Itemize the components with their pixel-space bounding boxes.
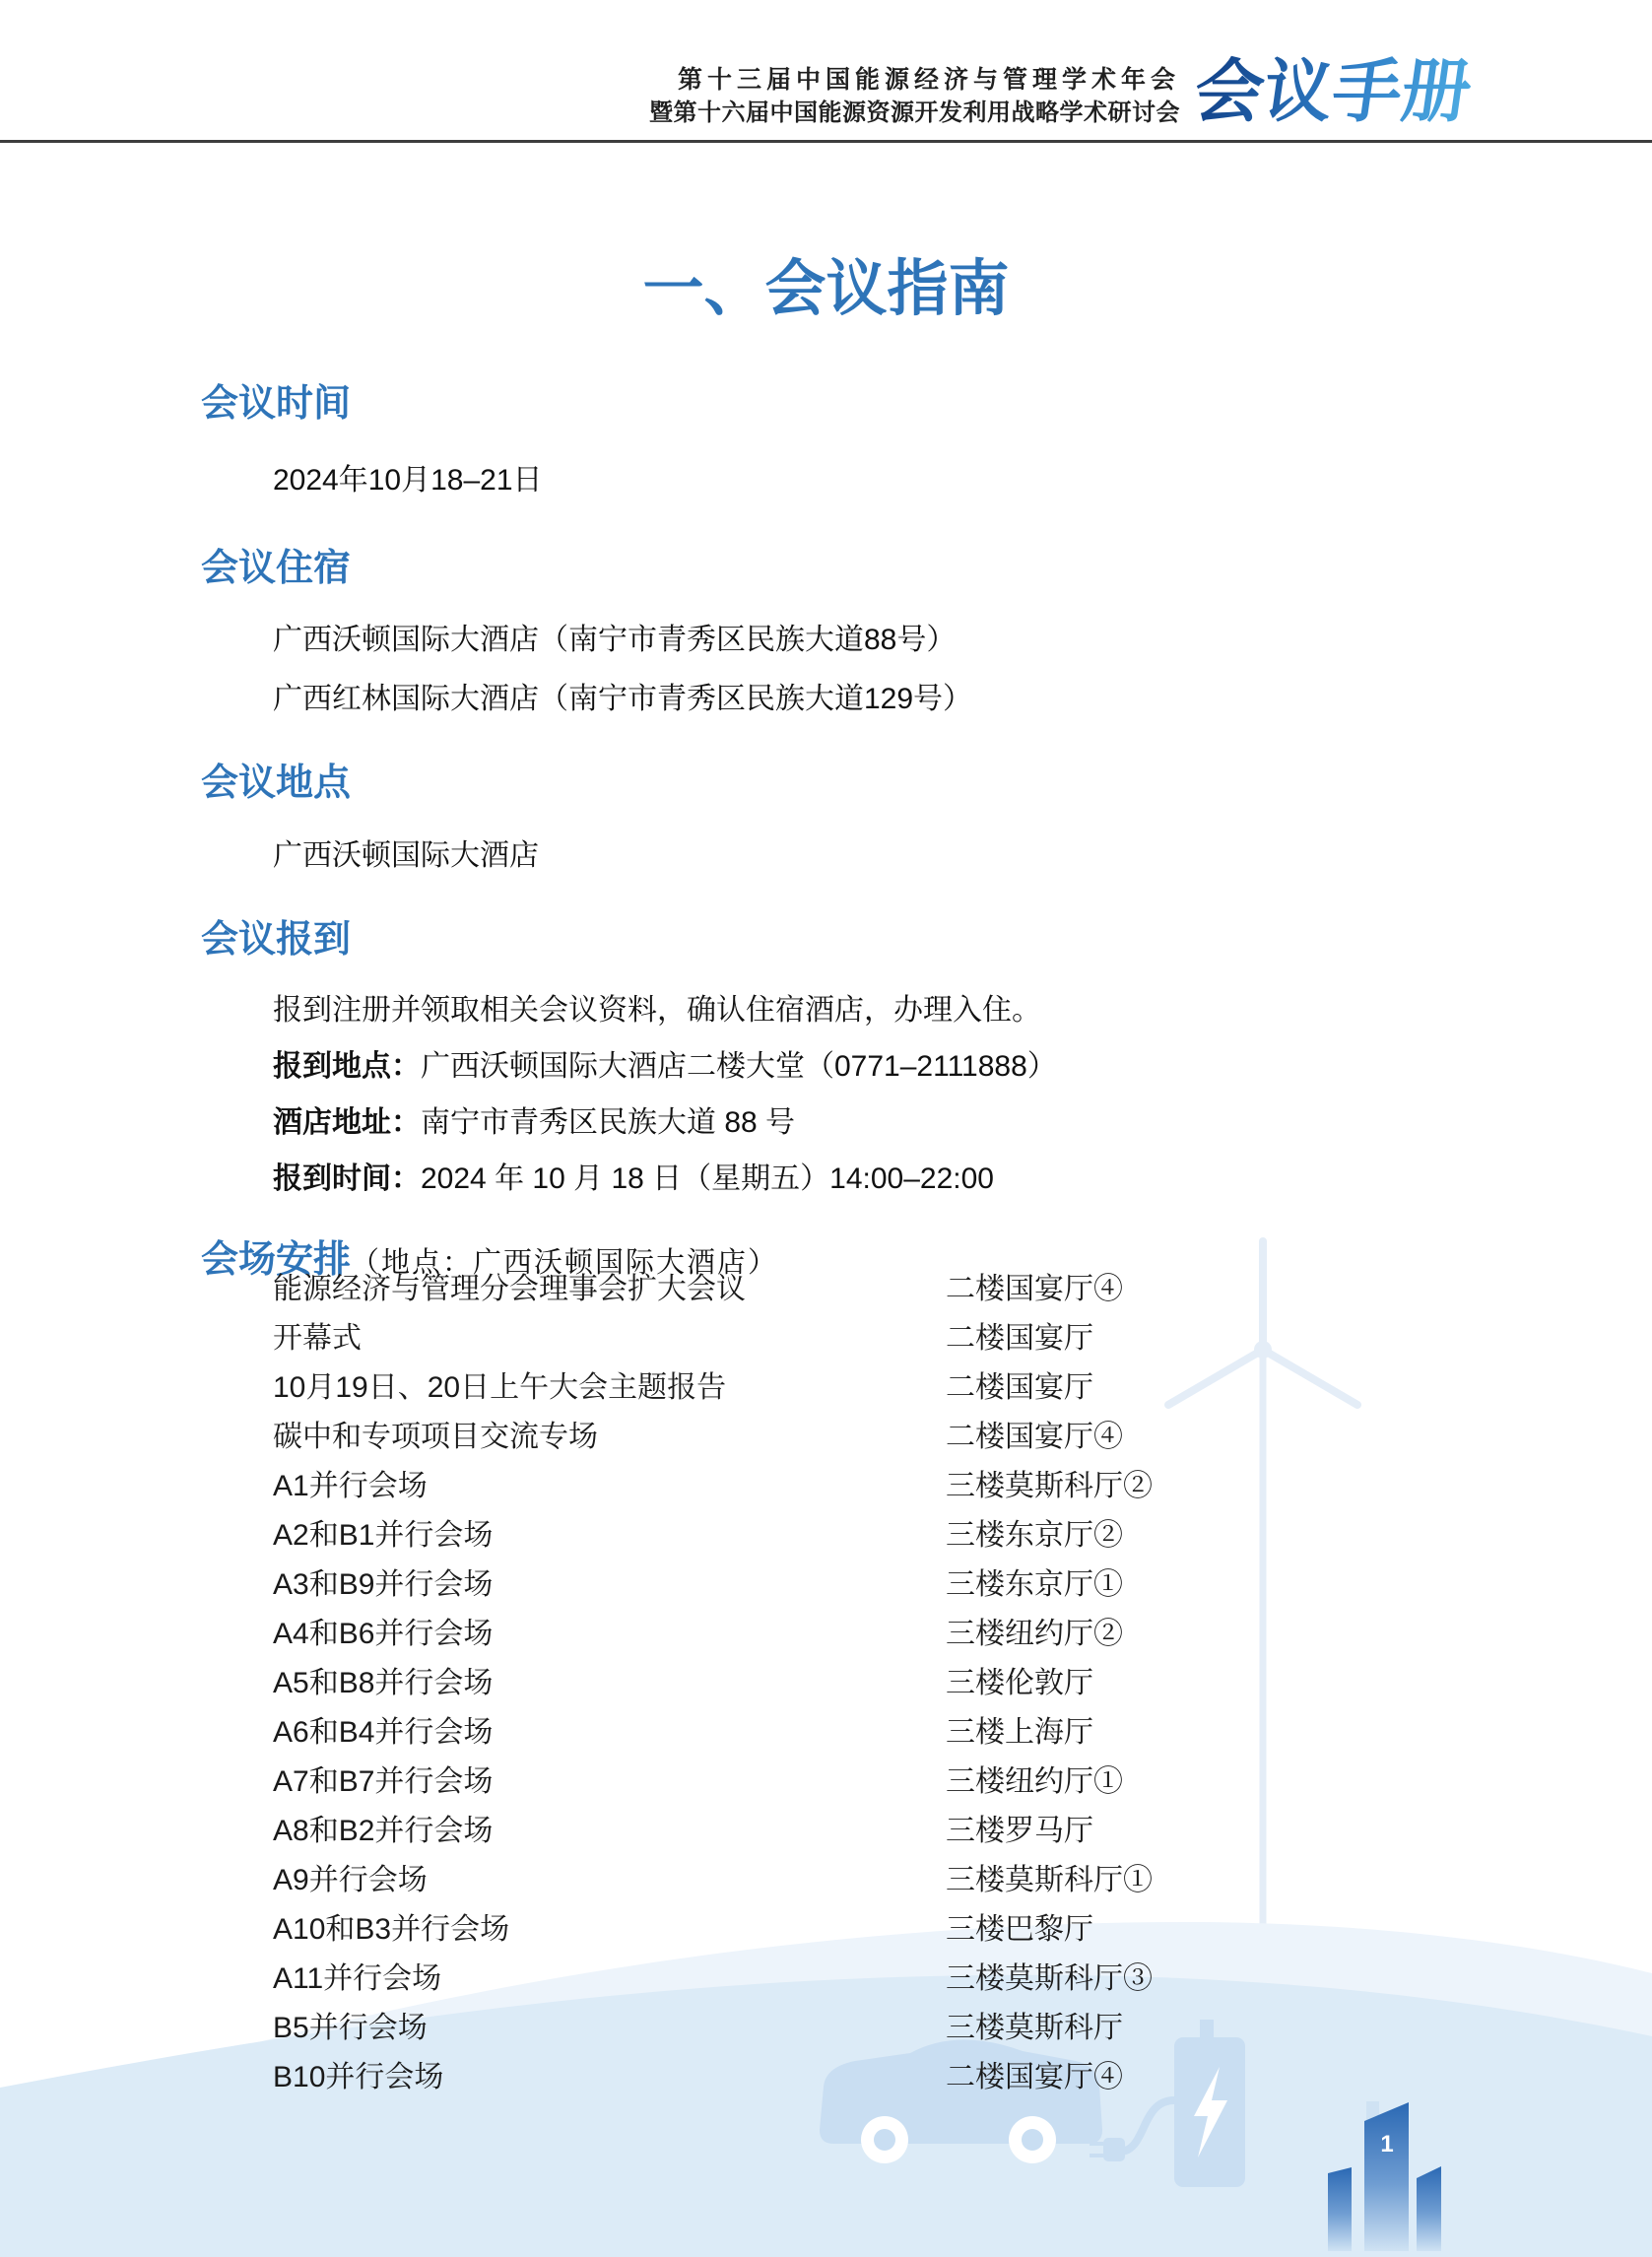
registration-intro: 报到注册并领取相关会议资料，确认住宿酒店，办理入住。 — [273, 985, 1041, 1029]
venue-event: A8和B2并行会场 — [273, 1806, 493, 1849]
venue-row: A7和B7并行会场 三楼纽约厅① — [273, 1757, 1396, 1806]
venue-row: 10月19日、20日上午大会主题报告 二楼国宴厅 — [273, 1362, 1396, 1412]
venue-event: A9并行会场 — [273, 1855, 428, 1898]
venue-room: 二楼国宴厅④ — [946, 1264, 1123, 1307]
page-number: 1 — [1367, 2131, 1407, 2158]
charging-cable — [1121, 2100, 1174, 2152]
venue-room: 三楼莫斯科厅① — [946, 1855, 1153, 1898]
conference-title-line1: 第十三届中国能源经济与管理学术年会 — [649, 63, 1180, 97]
venue-room: 三楼罗马厅 — [946, 1806, 1093, 1849]
hotel-address-label: 酒店地址： — [273, 1106, 421, 1139]
venue-value: 广西沃顿国际大酒店 — [273, 830, 539, 874]
meeting-time-value: 2024年10月18–21日 — [273, 455, 543, 498]
conference-title-block: 第十三届中国能源经济与管理学术年会 暨第十六届中国能源资源开发利用战略学术研讨会 — [649, 63, 1180, 130]
page-title: 一、会议指南 — [0, 239, 1652, 327]
venue-row: A10和B3并行会场 三楼巴黎厅 — [273, 1904, 1396, 1954]
venue-row: A2和B1并行会场 三楼东京厅② — [273, 1510, 1396, 1560]
venue-row: A6和B4并行会场 三楼上海厅 — [273, 1707, 1396, 1757]
venue-room: 二楼国宴厅④ — [946, 2052, 1123, 2095]
venue-event: A3和B9并行会场 — [273, 1560, 493, 1603]
venue-event: A2和B1并行会场 — [273, 1510, 493, 1554]
registration-place-value: 广西沃顿国际大酒店二楼大堂（0771–2111888） — [421, 1050, 1057, 1083]
venue-list: 能源经济与管理分会理事会扩大会议 二楼国宴厅④ 开幕式 二楼国宴厅 10月19日… — [273, 1264, 1396, 2101]
venue-room: 三楼伦敦厅 — [946, 1658, 1093, 1701]
venue-room: 二楼国宴厅 — [946, 1313, 1093, 1357]
section-heading-venue: 会议地点 — [201, 752, 351, 806]
venue-room: 三楼纽约厅① — [946, 1757, 1123, 1800]
venue-room: 二楼国宴厅 — [946, 1362, 1093, 1406]
venue-row: 能源经济与管理分会理事会扩大会议 二楼国宴厅④ — [273, 1264, 1396, 1313]
venue-row: A11并行会场 三楼莫斯科厅③ — [273, 1954, 1396, 2003]
hotel-line-1: 广西沃顿国际大酒店（南宁市青秀区民族大道88号） — [273, 615, 956, 658]
venue-event: A10和B3并行会场 — [273, 1904, 509, 1948]
hotel-address-line: 酒店地址：南宁市青秀区民族大道 88 号 — [273, 1097, 795, 1141]
venue-event: A7和B7并行会场 — [273, 1757, 493, 1800]
venue-room: 三楼东京厅① — [946, 1560, 1123, 1603]
venue-event: 10月19日、20日上午大会主题报告 — [273, 1362, 726, 1406]
registration-place-line: 报到地点：广西沃顿国际大酒店二楼大堂（0771–2111888） — [273, 1041, 1057, 1085]
venue-row: A9并行会场 三楼莫斯科厅① — [273, 1855, 1396, 1904]
venue-row: A8和B2并行会场 三楼罗马厅 — [273, 1806, 1396, 1855]
venue-room: 三楼纽约厅② — [946, 1609, 1123, 1652]
venue-event: 开幕式 — [273, 1313, 362, 1357]
venue-room: 三楼莫斯科厅③ — [946, 1954, 1153, 1997]
venue-event: A6和B4并行会场 — [273, 1707, 493, 1751]
venue-row: A4和B6并行会场 三楼纽约厅② — [273, 1609, 1396, 1658]
registration-place-label: 报到地点： — [273, 1050, 421, 1083]
building-bars-illustration — [1310, 2089, 1468, 2257]
venue-row: A1并行会场 三楼莫斯科厅② — [273, 1461, 1396, 1510]
venue-event: A11并行会场 — [273, 1954, 441, 1997]
registration-time-label: 报到时间： — [273, 1162, 421, 1195]
handbook-logo: 会议手册 — [1189, 51, 1477, 132]
venue-event: A4和B6并行会场 — [273, 1609, 493, 1652]
venue-room: 三楼莫斯科厅 — [946, 2003, 1123, 2046]
venue-row: B10并行会场 二楼国宴厅④ — [273, 2052, 1396, 2101]
venue-room: 三楼莫斯科厅② — [946, 1461, 1153, 1504]
hotel-address-value: 南宁市青秀区民族大道 88 号 — [421, 1106, 795, 1139]
venue-event: 能源经济与管理分会理事会扩大会议 — [273, 1264, 746, 1307]
venue-row: A5和B8并行会场 三楼伦敦厅 — [273, 1658, 1396, 1707]
venue-room: 三楼东京厅② — [946, 1510, 1123, 1554]
venue-event: B5并行会场 — [273, 2003, 428, 2046]
venue-event: B10并行会场 — [273, 2052, 443, 2095]
venue-room: 三楼上海厅 — [946, 1707, 1093, 1751]
venue-event: 碳中和专项项目交流专场 — [273, 1412, 598, 1455]
venue-event: A1并行会场 — [273, 1461, 428, 1504]
section-heading-accommodation: 会议住宿 — [201, 537, 351, 591]
venue-room: 三楼巴黎厅 — [946, 1904, 1093, 1948]
venue-row: 碳中和专项项目交流专场 二楼国宴厅④ — [273, 1412, 1396, 1461]
section-heading-registration: 会议报到 — [201, 908, 351, 963]
section-heading-meeting-time: 会议时间 — [201, 372, 351, 427]
conference-title-line2: 暨第十六届中国能源资源开发利用战略学术研讨会 — [649, 97, 1180, 130]
registration-time-value: 2024 年 10 月 18 日（星期五）14:00–22:00 — [421, 1162, 994, 1195]
header-divider — [0, 140, 1652, 143]
venue-row: B5并行会场 三楼莫斯科厅 — [273, 2003, 1396, 2052]
venue-event: A5和B8并行会场 — [273, 1658, 493, 1701]
registration-time-line: 报到时间：2024 年 10 月 18 日（星期五）14:00–22:00 — [273, 1154, 994, 1197]
venue-row: 开幕式 二楼国宴厅 — [273, 1313, 1396, 1362]
venue-room: 二楼国宴厅④ — [946, 1412, 1123, 1455]
venue-row: A3和B9并行会场 三楼东京厅① — [273, 1560, 1396, 1609]
page: 1 第十三届中国能源经济与管理学术年会 暨第十六届中国能源资源开发利用战略学术研… — [0, 0, 1652, 2257]
hotel-line-2: 广西红林国际大酒店（南宁市青秀区民族大道129号） — [273, 674, 972, 717]
